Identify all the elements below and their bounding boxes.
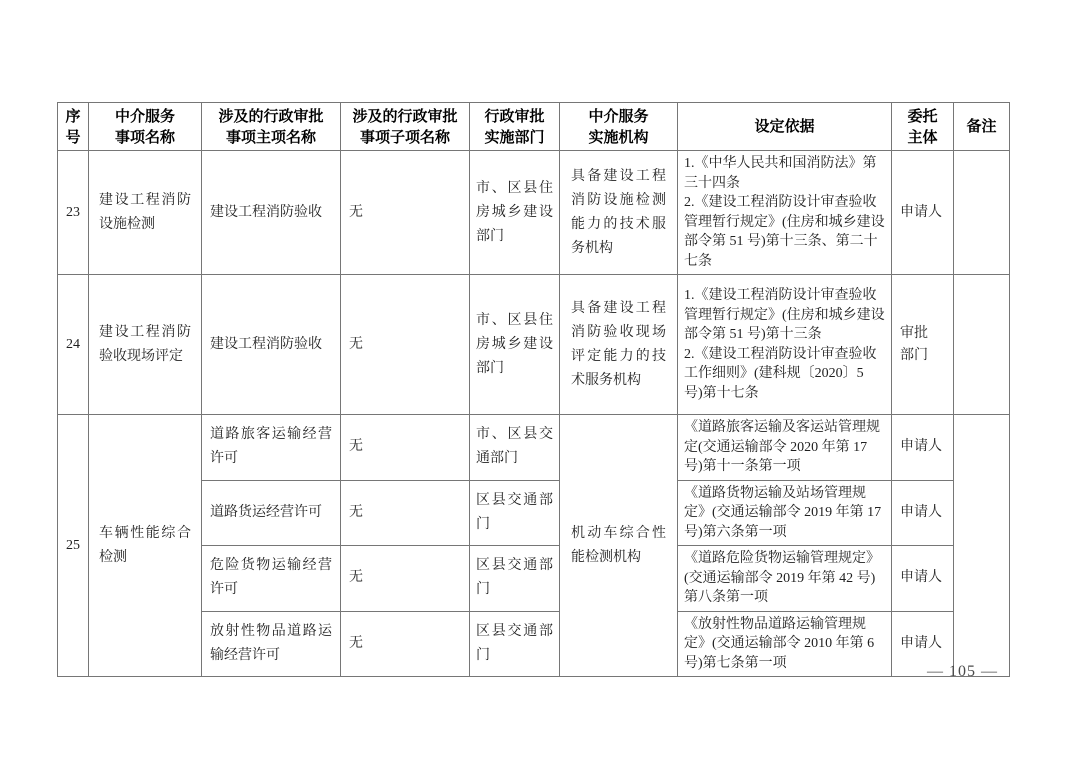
- cell-approval-dept: 区县交通部门: [470, 611, 560, 677]
- cell-agency: 机动车综合性能检测机构: [560, 415, 678, 677]
- cell-basis: 1.《建设工程消防设计审查验收管理暂行规定》(住房和城乡建设部令第 51 号)第…: [678, 275, 892, 415]
- cell-basis: 《道路货物运输及站场管理规定》(交通运输部令 2019 年第 17 号)第六条第…: [678, 480, 892, 546]
- cell-basis: 《道路旅客运输及客运站管理规定(交通运输部令 2020 年第 17 号)第十一条…: [678, 415, 892, 481]
- cell-main-item: 建设工程消防验收: [202, 275, 341, 415]
- cell-basis: 1.《中华人民共和国消防法》第三十四条 2.《建设工程消防设计审查验收管理暂行规…: [678, 151, 892, 275]
- cell-sub-item: 无: [341, 546, 470, 612]
- cell-remark: [954, 151, 1010, 275]
- cell-serial: 23: [58, 151, 89, 275]
- cell-approval-dept: 市、区县住房城乡建设部门: [470, 151, 560, 275]
- cell-main-item: 道路货运经营许可: [202, 480, 341, 546]
- cell-approval-dept: 区县交通部门: [470, 480, 560, 546]
- table-row-23: 23 建设工程消防设施检测 建设工程消防验收 无 市、区县住房城乡建设部门 具备…: [58, 151, 1010, 275]
- cell-serial: 24: [58, 275, 89, 415]
- header-agency: 中介服务 实施机构: [560, 103, 678, 151]
- cell-principal: 申请人: [892, 151, 954, 275]
- cell-main-item: 放射性物品道路运输经营许可: [202, 611, 341, 677]
- cell-approval-dept: 市、区县住房城乡建设部门: [470, 275, 560, 415]
- header-principal: 委托 主体: [892, 103, 954, 151]
- cell-sub-item: 无: [341, 611, 470, 677]
- cell-principal: 申请人: [892, 415, 954, 481]
- cell-service-name: 车辆性能综合检测: [89, 415, 202, 677]
- cell-basis: 《放射性物品道路运输管理规定》(交通运输部令 2010 年第 6 号)第七条第一…: [678, 611, 892, 677]
- cell-remark: [954, 275, 1010, 415]
- cell-sub-item: 无: [341, 415, 470, 481]
- cell-principal: 审批 部门: [892, 275, 954, 415]
- cell-sub-item: 无: [341, 480, 470, 546]
- cell-basis: 《道路危险货物运输管理规定》(交通运输部令 2019 年第 42 号)第八条第一…: [678, 546, 892, 612]
- table-row-25-sub-1: 25 车辆性能综合检测 道路旅客运输经营许可 无 市、区县交通部门 机动车综合性…: [58, 415, 1010, 481]
- service-items-table: 序 号 中介服务 事项名称 涉及的行政审批 事项主项名称 涉及的行政审批 事项子…: [57, 102, 1010, 677]
- cell-agency: 具备建设工程消防验收现场评定能力的技术服务机构: [560, 275, 678, 415]
- cell-main-item: 建设工程消防验收: [202, 151, 341, 275]
- document-page: 序 号 中介服务 事项名称 涉及的行政审批 事项主项名称 涉及的行政审批 事项子…: [0, 0, 1074, 757]
- header-serial: 序 号: [58, 103, 89, 151]
- cell-serial: 25: [58, 415, 89, 677]
- header-row: 序 号 中介服务 事项名称 涉及的行政审批 事项主项名称 涉及的行政审批 事项子…: [58, 103, 1010, 151]
- cell-principal: 申请人: [892, 546, 954, 612]
- cell-approval-dept: 区县交通部门: [470, 546, 560, 612]
- header-remark: 备注: [954, 103, 1010, 151]
- header-approval-dept: 行政审批 实施部门: [470, 103, 560, 151]
- cell-sub-item: 无: [341, 275, 470, 415]
- cell-remark: [954, 415, 1010, 677]
- table-header: 序 号 中介服务 事项名称 涉及的行政审批 事项主项名称 涉及的行政审批 事项子…: [58, 103, 1010, 151]
- table-row-24: 24 建设工程消防验收现场评定 建设工程消防验收 无 市、区县住房城乡建设部门 …: [58, 275, 1010, 415]
- cell-principal: 申请人: [892, 480, 954, 546]
- cell-main-item: 危险货物运输经营许可: [202, 546, 341, 612]
- cell-service-name: 建设工程消防验收现场评定: [89, 275, 202, 415]
- header-basis: 设定依据: [678, 103, 892, 151]
- header-service-name: 中介服务 事项名称: [89, 103, 202, 151]
- table-body: 23 建设工程消防设施检测 建设工程消防验收 无 市、区县住房城乡建设部门 具备…: [58, 151, 1010, 677]
- cell-sub-item: 无: [341, 151, 470, 275]
- page-number: — 105 —: [927, 663, 998, 681]
- cell-main-item: 道路旅客运输经营许可: [202, 415, 341, 481]
- cell-service-name: 建设工程消防设施检测: [89, 151, 202, 275]
- cell-agency: 具备建设工程消防设施检测能力的技术服务机构: [560, 151, 678, 275]
- cell-approval-dept: 市、区县交通部门: [470, 415, 560, 481]
- header-main-item: 涉及的行政审批 事项主项名称: [202, 103, 341, 151]
- header-sub-item: 涉及的行政审批 事项子项名称: [341, 103, 470, 151]
